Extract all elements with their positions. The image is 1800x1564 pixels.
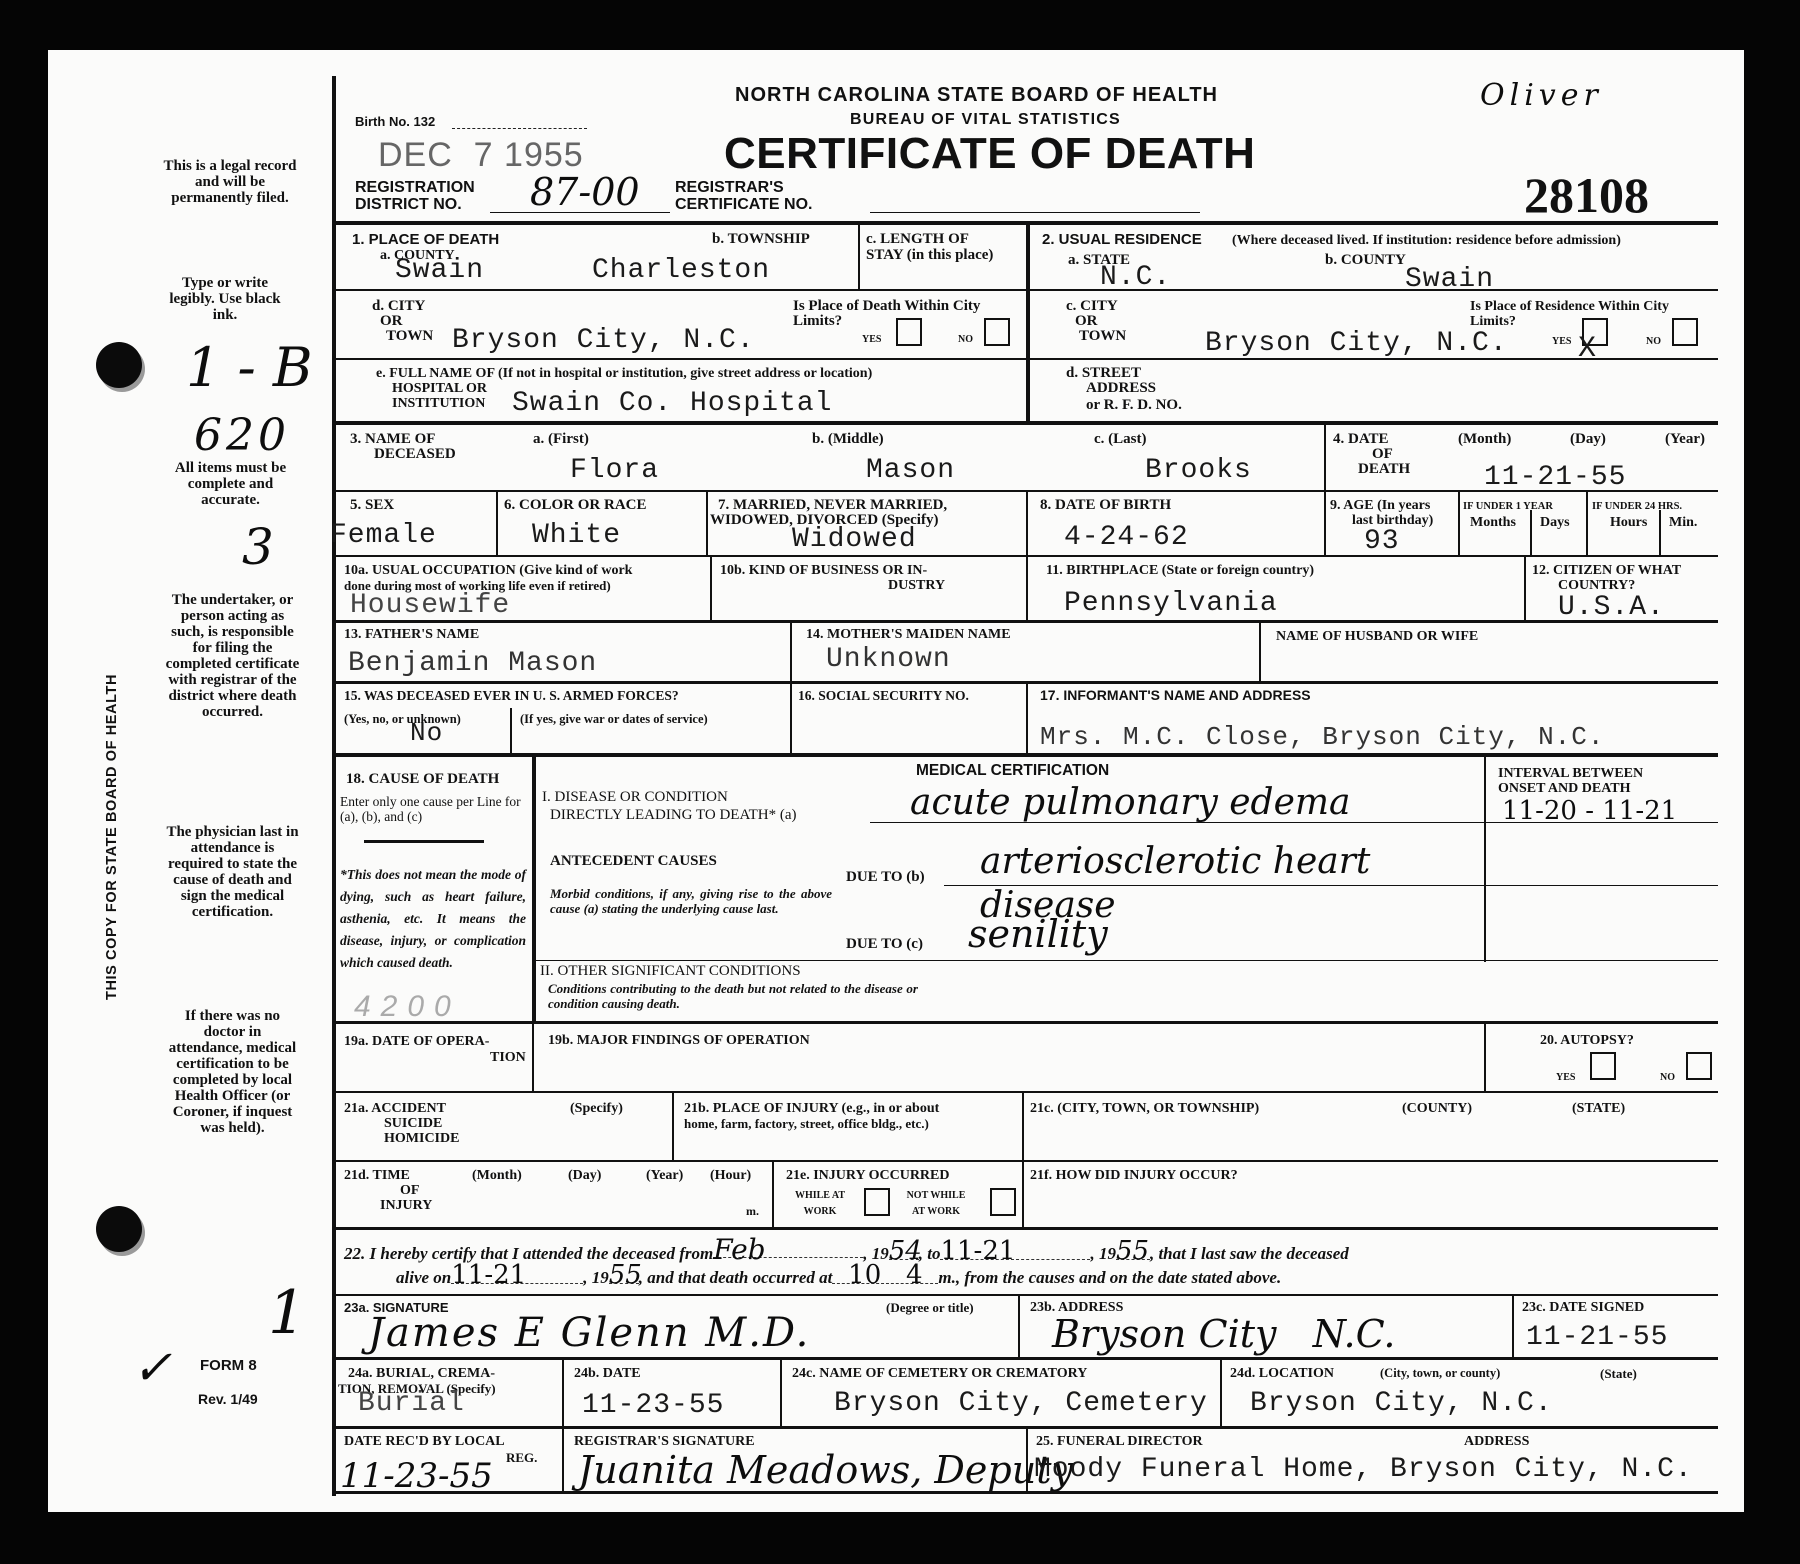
registrar-signature-label: REGISTRAR'S SIGNATURE <box>574 1434 755 1449</box>
street-label-3: or R. F. D. NO. <box>1086 398 1182 413</box>
registration-underline <box>490 212 670 213</box>
other-conditions-label: II. OTHER SIGNIFICANT CONDITIONS <box>540 964 801 979</box>
cause-footnote: *This does not mean the mode of dying, s… <box>340 864 526 974</box>
injury-type-label-2: SUICIDE <box>384 1116 442 1131</box>
city-label-3: TOWN <box>386 329 433 344</box>
injury-month-label: (Month) <box>472 1168 522 1183</box>
business-label-1: 10b. KIND OF BUSINESS OR IN- <box>720 563 927 578</box>
occupation-label-1: 10a. USUAL OCCUPATION (Give kind of work <box>344 563 632 578</box>
race-value: White <box>532 520 621 551</box>
antecedent-label: ANTECEDENT CAUSES <box>550 854 717 869</box>
death-within-limits-yes-checkbox[interactable] <box>896 318 922 346</box>
dod-year-label: (Year) <box>1665 432 1705 447</box>
while-at-work-checkbox[interactable] <box>864 1188 890 1216</box>
divider <box>1324 491 1326 556</box>
usual-residence-label: 2. USUAL RESIDENCE <box>1042 232 1202 247</box>
sex-value: Female <box>330 520 437 551</box>
certify-text-alive: alive on <box>396 1268 451 1287</box>
hand-code-2: 620 <box>194 410 290 461</box>
citizen-value: U.S.A. <box>1558 592 1665 623</box>
certify-to-date: 11-21 <box>940 1244 1090 1260</box>
physician-note: The physician last in attendance is requ… <box>165 824 300 920</box>
informant-value: Mrs. M.C. Close, Bryson City, N.C. <box>1040 722 1605 752</box>
divider <box>510 708 512 754</box>
hand-code-1: 1 - B <box>186 336 313 399</box>
divider <box>532 1023 534 1091</box>
res-within-limits-yes-mark: X <box>1578 332 1597 366</box>
form-label: FORM 8 <box>200 1358 257 1373</box>
death-within-limits-label-2: Limits? <box>793 314 842 329</box>
location-label: 24d. LOCATION <box>1230 1366 1334 1381</box>
registrar-label-1: REGISTRAR'S <box>675 180 784 195</box>
interval-label-1: INTERVAL BETWEEN <box>1498 766 1643 781</box>
ssn-label: 16. SOCIAL SECURITY NO. <box>798 688 969 703</box>
funeral-director-label: 25. FUNERAL DIRECTOR <box>1036 1434 1203 1449</box>
hours-label: Hours <box>1610 515 1647 530</box>
row-rule <box>334 1357 1718 1360</box>
res-city-label-1: c. CITY <box>1066 299 1118 314</box>
certify-text-3: , and that death occurred at <box>639 1268 833 1287</box>
other-conditions-note: Conditions contributing to the death but… <box>548 981 918 1011</box>
certificate-number: 28108 <box>1524 166 1649 224</box>
res-yes-label: YES <box>1552 335 1571 349</box>
death-yes-label: YES <box>862 333 881 347</box>
certify-line-1: 22. I hereby certify that I attended the… <box>344 1242 1349 1261</box>
type-note: Type or write legibly. Use black ink. <box>160 275 290 323</box>
divider <box>706 491 708 556</box>
vertical-copy-label: THIS COPY FOR STATE BOARD OF HEALTH <box>104 674 120 1000</box>
sex-label: 5. SEX <box>350 498 394 513</box>
mother-label: 14. MOTHER'S MAIDEN NAME <box>806 627 1011 642</box>
under-year-label: IF UNDER 1 YEAR <box>1463 500 1553 514</box>
injury-type-label-1: 21a. ACCIDENT <box>344 1101 446 1116</box>
divider <box>710 556 712 621</box>
divider <box>562 1359 564 1427</box>
age-label-1: 9. AGE (In years <box>1330 498 1430 513</box>
punch-hole-top <box>96 342 142 388</box>
armed-forces-sub-1: (Yes, no, or unknown) <box>344 712 461 727</box>
row-rule <box>334 358 1718 360</box>
date-signed-label: 23c. DATE SIGNED <box>1522 1300 1644 1315</box>
punch-hole-bottom <box>96 1206 142 1252</box>
injury-place-label-1: 21b. PLACE OF INJURY (e.g., in or about <box>684 1101 939 1116</box>
street-label-2: ADDRESS <box>1086 381 1156 396</box>
last-name-value: Brooks <box>1145 455 1252 486</box>
registrar-underline <box>870 212 1200 213</box>
certify-text-4: m., from the causes and on the date stat… <box>938 1268 1281 1287</box>
citizen-label-1: 12. CITIZEN OF WHAT <box>1532 563 1681 578</box>
length-of-stay-label-1: c. LENGTH OF <box>866 232 969 247</box>
row-rule <box>334 1294 1718 1296</box>
birth-no: Birth No. 132 <box>355 114 435 129</box>
birthplace-label: 11. BIRTHPLACE (State or foreign country… <box>1046 563 1314 578</box>
birthplace-value: Pennsylvania <box>1064 588 1278 619</box>
armed-forces-sub-2: (If yes, give war or dates of service) <box>520 712 708 727</box>
dod-label-3: DEATH <box>1358 462 1410 477</box>
items-note: All items must be complete and accurate. <box>168 460 293 508</box>
divider <box>1524 556 1526 621</box>
dod-label-1: 4. DATE <box>1333 432 1389 447</box>
length-of-stay-label-2: STAY (in this place) <box>866 248 993 263</box>
row-rule <box>334 289 1718 291</box>
cause-a-value: acute pulmonary edema <box>910 782 1350 823</box>
no-doctor-note: If there was no doctor in attendance, me… <box>165 1008 300 1136</box>
birth-no-line <box>452 128 587 129</box>
date-of-birth-value: 4-24-62 <box>1064 522 1189 553</box>
name-label-1: 3. NAME OF <box>350 432 435 447</box>
city-label-1: d. CITY <box>372 299 425 314</box>
divider <box>790 683 792 754</box>
occupation-value: Housewife <box>350 590 510 621</box>
burial-date-value: 11-23-55 <box>582 1390 724 1421</box>
name-label-2: DECEASED <box>374 447 456 462</box>
informant-label: 17. INFORMANT'S NAME AND ADDRESS <box>1040 688 1311 703</box>
days-label: Days <box>1540 515 1570 530</box>
injury-time-label-2: OF <box>400 1183 419 1198</box>
mother-value: Unknown <box>826 644 951 675</box>
divider <box>1458 491 1460 556</box>
row-rule <box>334 1160 1718 1162</box>
registration-label-1: REGISTRATION <box>355 180 475 195</box>
hand-code-3: 3 <box>242 518 274 576</box>
row-rule <box>334 753 1718 757</box>
not-while-at-work-checkbox[interactable] <box>990 1188 1016 1216</box>
check-mark-icon: ✓ <box>132 1340 172 1396</box>
autopsy-no-checkbox[interactable] <box>1686 1052 1712 1080</box>
res-within-limits-label-2: Limits? <box>1470 314 1516 329</box>
divider <box>1324 424 1326 492</box>
medical-certification-title: MEDICAL CERTIFICATION <box>916 763 1109 778</box>
form-bottom-rule <box>334 1491 1718 1494</box>
min-label: Min. <box>1669 515 1697 530</box>
divider <box>1512 1295 1514 1358</box>
physician-address: Bryson City N.C. <box>1052 1312 1395 1356</box>
interval-a-line <box>1484 822 1718 823</box>
divider <box>1484 756 1486 962</box>
business-label-2: DUSTRY <box>888 578 945 593</box>
res-city-label-2: OR <box>1075 314 1098 329</box>
registration-district-value: 87-00 <box>530 170 640 214</box>
marital-value: Widowed <box>792 524 917 555</box>
race-label: 6. COLOR OR RACE <box>504 498 647 513</box>
footnote-rule <box>364 840 484 843</box>
registration-label-2: DISTRICT NO. <box>355 197 462 212</box>
page-title: CERTIFICATE OF DEATH <box>724 132 1255 176</box>
while-at-work-label: WHILE AT WORK <box>784 1188 856 1220</box>
injury-year-label: (Year) <box>646 1168 683 1183</box>
row-rule <box>334 1021 1718 1024</box>
death-city-value: Bryson City, N.C. <box>452 325 755 356</box>
res-county-label: b. COUNTY <box>1325 253 1406 268</box>
date-received-label-2: REG. <box>506 1450 537 1465</box>
certify-to-year: 55 <box>1116 1244 1150 1260</box>
dob-label: 8. DATE OF BIRTH <box>1040 498 1171 513</box>
res-city-label-3: TOWN <box>1079 329 1126 344</box>
injury-specify-label: (Specify) <box>570 1101 623 1116</box>
death-within-limits-label-1: Is Place of Death Within City <box>793 299 980 314</box>
dod-month-label: (Month) <box>1458 432 1511 447</box>
autopsy-yes-label: YES <box>1556 1071 1575 1085</box>
cause-c-value: senility <box>968 912 1108 956</box>
physician-signature: James E Glenn M.D. <box>368 1310 810 1356</box>
interval-label-2: ONSET AND DEATH <box>1498 781 1631 796</box>
row-rule <box>334 620 1718 623</box>
divider <box>496 491 498 556</box>
certify-time-of-death: 10 4 <box>832 1268 938 1284</box>
registrar-label-2: CERTIFICATE NO. <box>675 197 812 212</box>
age-value: 93 <box>1364 526 1400 557</box>
cause-of-death-label: 18. CAUSE OF DEATH <box>346 772 499 787</box>
divider <box>532 756 536 1022</box>
under-day-label: IF UNDER 24 HRS. <box>1592 500 1682 514</box>
death-township-value: Charleston <box>592 255 770 286</box>
location-sub-label: (City, town, or county) <box>1380 1366 1500 1381</box>
autopsy-no-label: NO <box>1660 1071 1675 1085</box>
due-to-c-label: DUE TO (c) <box>846 937 923 952</box>
death-no-label: NO <box>958 333 973 347</box>
armed-forces-label: 15. WAS DECEASED EVER IN U. S. ARMED FOR… <box>344 688 679 703</box>
cemetery-label: 24c. NAME OF CEMETERY OR CREMATORY <box>792 1366 1087 1381</box>
row-rule <box>334 1091 1718 1093</box>
line-i-label-1: I. DISEASE OR CONDITION <box>542 790 728 805</box>
date-received-value: 11-23-55 <box>340 1456 493 1496</box>
father-value: Benjamin Mason <box>348 648 597 679</box>
institution-label-2: HOSPITAL OR <box>392 381 487 396</box>
injury-time-label-3: INJURY <box>380 1198 432 1213</box>
certify-alive-year: 55 <box>609 1268 639 1284</box>
legal-note: This is a legal record and will be perma… <box>160 158 300 206</box>
cemetery-value: Bryson City, Cemetery <box>834 1388 1208 1419</box>
street-label-1: d. STREET <box>1066 366 1141 381</box>
divider <box>562 1428 564 1492</box>
res-within-limits-no-checkbox[interactable] <box>1672 318 1698 346</box>
divider <box>1018 1295 1020 1358</box>
row-rule <box>334 555 1718 557</box>
res-city-value: Bryson City, N.C. <box>1205 328 1508 359</box>
burial-date-label: 24b. DATE <box>574 1366 641 1381</box>
injury-type-label-3: HOMICIDE <box>384 1131 459 1146</box>
line-i-label-2: DIRECTLY LEADING TO DEATH* (a) <box>550 808 797 823</box>
certify-from-year: 54 <box>889 1244 919 1260</box>
injury-day-label: (Day) <box>568 1168 601 1183</box>
institution-value: Swain Co. Hospital <box>512 388 832 419</box>
certify-line-2: alive on11-21, 1955, and that death occu… <box>396 1268 1281 1285</box>
months-label: Months <box>1470 515 1516 530</box>
hand-mark: 1 <box>268 1278 306 1348</box>
disposition-label-1: 24a. BURIAL, CREMA- <box>348 1366 495 1381</box>
location-value: Bryson City, N.C. <box>1250 1388 1553 1419</box>
death-within-limits-no-checkbox[interactable] <box>984 318 1010 346</box>
operation-findings-label: 19b. MAJOR FINDINGS OF OPERATION <box>548 1033 810 1048</box>
marital-label-1: 7. MARRIED, NEVER MARRIED, <box>718 498 947 513</box>
divider <box>672 1092 674 1160</box>
middle-name-label: b. (Middle) <box>812 432 884 447</box>
funeral-address-label: ADDRESS <box>1464 1434 1529 1449</box>
due-to-b-label: DUE TO (b) <box>846 870 925 885</box>
city-label-2: OR <box>380 314 403 329</box>
degree-label: (Degree or title) <box>886 1300 974 1315</box>
certify-text-1: 22. I hereby certify that I attended the… <box>344 1244 713 1263</box>
cause-c-line <box>532 960 1718 961</box>
divider <box>1259 622 1261 682</box>
res-no-label: NO <box>1646 335 1661 349</box>
spouse-label: NAME OF HUSBAND OR WIFE <box>1276 629 1478 644</box>
father-label: 13. FATHER'S NAME <box>344 627 479 642</box>
location-state-label: (State) <box>1600 1366 1637 1381</box>
divider <box>1220 1359 1222 1427</box>
place-of-death-label: 1. PLACE OF DEATH <box>352 232 499 247</box>
funeral-director-value: Moody Funeral Home, Bryson City, N.C. <box>1034 1454 1693 1485</box>
divider <box>790 622 792 682</box>
divider <box>1659 510 1661 556</box>
dod-label-2: OF <box>1372 447 1393 462</box>
undertaker-note: The undertaker, or person acting as such… <box>165 592 300 720</box>
not-while-at-work-label: NOT WHILE AT WORK <box>900 1188 972 1220</box>
divider <box>858 224 860 290</box>
cause-instructions: Enter only one cause per Line for (a), (… <box>340 794 525 824</box>
divider <box>1026 683 1028 754</box>
citizen-label-2: COUNTRY? <box>1558 578 1635 593</box>
divider <box>1530 510 1532 556</box>
operation-date-label-2: TION <box>490 1050 526 1065</box>
injury-m-label: m. <box>746 1204 759 1219</box>
autopsy-label: 20. AUTOPSY? <box>1540 1033 1634 1048</box>
injury-place-label-2: home, farm, factory, street, office bldg… <box>684 1116 929 1131</box>
divider <box>772 1161 774 1228</box>
institution-label-3: INSTITUTION <box>392 396 485 411</box>
rev-label: Rev. 1/49 <box>198 1392 258 1407</box>
injury-state-label: (STATE) <box>1572 1101 1625 1116</box>
row-rule <box>334 1227 1718 1230</box>
agency-line-2: BUREAU OF VITAL STATISTICS <box>850 112 1121 127</box>
injury-how-label: 21f. HOW DID INJURY OCCUR? <box>1030 1168 1238 1183</box>
dod-day-label: (Day) <box>1570 432 1606 447</box>
injury-hour-label: (Hour) <box>710 1168 751 1183</box>
operation-date-label-1: 19a. DATE OF OPERA- <box>344 1034 489 1049</box>
first-name-value: Flora <box>570 455 659 486</box>
certify-text-19b: , 19 <box>1090 1244 1116 1263</box>
divider <box>780 1359 782 1427</box>
agency-line-1: NORTH CAROLINA STATE BOARD OF HEALTH <box>735 88 1218 103</box>
annotation-name: Oliver <box>1480 78 1603 113</box>
armed-forces-value: No <box>410 718 443 748</box>
injury-occurred-label: 21e. INJURY OCCURRED <box>786 1168 949 1183</box>
injury-city-label: 21c. (CITY, TOWN, OR TOWNSHIP) <box>1030 1101 1259 1116</box>
institution-label-1: e. FULL NAME OF (If not in hospital or i… <box>376 366 872 381</box>
registrar-signature: Juanita Meadows, Deputy <box>578 1448 1073 1492</box>
date-of-death-value: 11-21-55 <box>1484 462 1626 493</box>
injury-county-label: (COUNTY) <box>1402 1101 1472 1116</box>
first-name-label: a. (First) <box>533 432 589 447</box>
certify-from-date: Feb <box>713 1242 863 1258</box>
coded-number: 4200 <box>354 990 461 1024</box>
antecedent-note: Morbid conditions, if any, giving rise t… <box>550 886 832 916</box>
certify-text-19c: , 19 <box>583 1268 609 1287</box>
usual-residence-note: (Where deceased lived. If institution: r… <box>1232 233 1621 248</box>
certify-alive-date: 11-21 <box>451 1268 583 1284</box>
injury-time-label-1: 21d. TIME <box>344 1168 410 1183</box>
death-county-value: Swain <box>395 255 484 286</box>
certify-text-2: , that I last saw the deceased <box>1150 1244 1349 1263</box>
middle-name-value: Mason <box>866 455 955 486</box>
res-within-limits-label-1: Is Place of Residence Within City <box>1470 299 1669 314</box>
last-name-label: c. (Last) <box>1094 432 1147 447</box>
row-rule <box>334 421 1718 425</box>
autopsy-yes-checkbox[interactable] <box>1590 1052 1616 1080</box>
date-received-label-1: DATE REC'D BY LOCAL <box>344 1434 505 1449</box>
disposition-value: Burial <box>358 1388 465 1419</box>
divider <box>1484 1023 1486 1091</box>
divider <box>1586 491 1588 556</box>
date-signed-value: 11-21-55 <box>1526 1322 1668 1353</box>
township-label: b. TOWNSHIP <box>712 232 810 247</box>
divider <box>1026 224 1030 422</box>
